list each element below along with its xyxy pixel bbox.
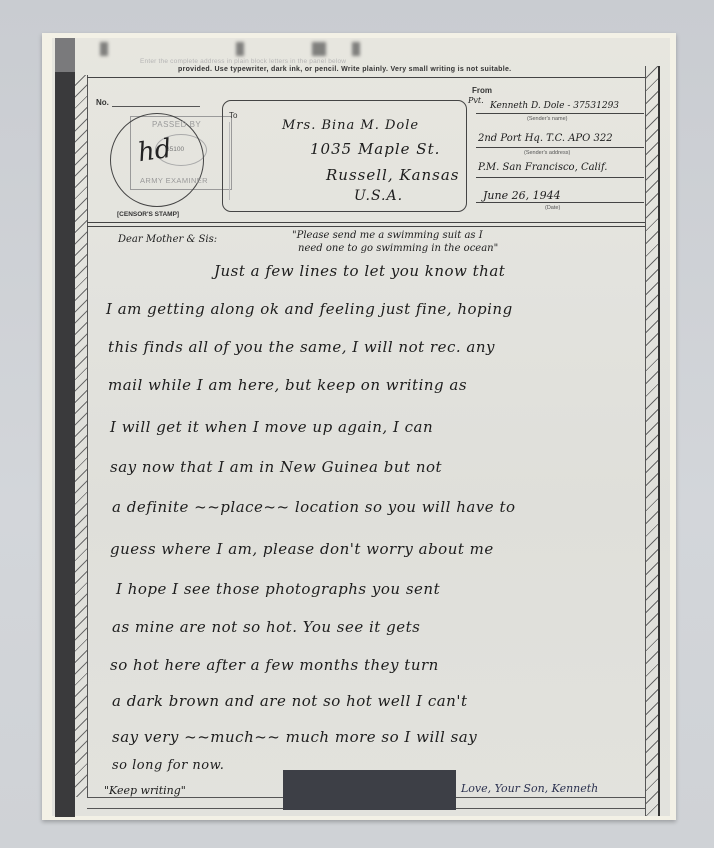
rule-line bbox=[87, 222, 645, 223]
letter-line: I am getting along ok and feeling just f… bbox=[106, 300, 513, 318]
recipient-country: U.S.A. bbox=[354, 188, 403, 204]
left-edge-strip bbox=[55, 72, 75, 817]
to-label: To bbox=[229, 111, 237, 120]
scan-smudge bbox=[352, 42, 360, 56]
censor-initials: hd bbox=[136, 134, 173, 168]
letter-line: so hot here after a few months they turn bbox=[110, 656, 439, 674]
sender-postmaster-line bbox=[476, 177, 644, 178]
letter-line: this finds all of you the same, I will n… bbox=[108, 338, 495, 356]
sender-address-label: (Sender's address) bbox=[524, 150, 570, 156]
recipient-city: Russell, Kansas bbox=[326, 166, 460, 184]
faint-instruction: Enter the complete address in plain bloc… bbox=[140, 58, 346, 65]
number-label: No. bbox=[96, 98, 109, 107]
sender-address-line bbox=[476, 147, 644, 148]
right-hatched-border bbox=[645, 66, 660, 816]
redaction-block bbox=[283, 770, 456, 810]
scan-smudge bbox=[312, 42, 326, 56]
date-line bbox=[476, 202, 644, 203]
date-label: (Date) bbox=[545, 205, 560, 211]
letter-line: so long for now. bbox=[112, 758, 224, 773]
recipient-street: 1035 Maple St. bbox=[310, 140, 440, 158]
recipient-name: Mrs. Bina M. Dole bbox=[282, 118, 419, 133]
letter-line: say very ~~much~~ much more so I will sa… bbox=[112, 728, 477, 746]
form-instruction: provided. Use typewriter, dark ink, or p… bbox=[178, 66, 511, 73]
request-note-line2: need one to go swimming in the ocean" bbox=[298, 243, 498, 254]
postscript: "Keep writing" bbox=[104, 784, 186, 797]
sender-name: Kenneth D. Dole - 37531293 bbox=[490, 101, 619, 111]
salutation: Dear Mother & Sis: bbox=[118, 234, 217, 245]
stamp-passed-text: PASSED BY bbox=[152, 120, 201, 129]
closing-signature: Love, Your Son, Kenneth bbox=[461, 782, 598, 795]
stamp-army-text: ARMY EXAMINER bbox=[140, 176, 208, 185]
letter-line: a definite ~~place~~ location so you wil… bbox=[112, 498, 516, 516]
letter-line: mail while I am here, but keep on writin… bbox=[108, 376, 467, 394]
letter-line: a dark brown and are not so hot well I c… bbox=[112, 692, 468, 710]
rule-line bbox=[87, 226, 645, 227]
scan-smudge bbox=[236, 42, 244, 56]
letter-date: June 26, 1944 bbox=[483, 189, 561, 202]
to-divider bbox=[229, 122, 230, 200]
letter-line: say now that I am in New Guinea but not bbox=[110, 458, 442, 476]
from-label: From bbox=[472, 86, 492, 95]
left-edge-strip-top bbox=[55, 38, 75, 72]
rule-line bbox=[87, 77, 645, 78]
sender-name-label: (Sender's name) bbox=[527, 116, 568, 122]
request-note-line1: "Please send me a swimming suit as I bbox=[292, 230, 483, 241]
sender-address: 2nd Port Hq. T.C. APO 322 bbox=[478, 133, 613, 144]
letter-line: Just a few lines to let you know that bbox=[214, 262, 505, 280]
letter-line: as mine are not so hot. You see it gets bbox=[112, 618, 420, 636]
letter-line: I hope I see those photographs you sent bbox=[116, 580, 440, 598]
censor-stamp-label: [CENSOR'S STAMP] bbox=[117, 211, 179, 218]
letter-line: guess where I am, please don't worry abo… bbox=[110, 540, 494, 558]
number-line bbox=[112, 106, 200, 107]
letter-line: I will get it when I move up again, I ca… bbox=[110, 418, 433, 436]
left-hatched-border bbox=[75, 75, 88, 797]
scan-smudge bbox=[100, 42, 108, 56]
sender-postmaster: P.M. San Francisco, Calif. bbox=[478, 162, 607, 173]
sender-rank: Pvt. bbox=[468, 96, 484, 105]
sender-name-line bbox=[476, 113, 644, 114]
